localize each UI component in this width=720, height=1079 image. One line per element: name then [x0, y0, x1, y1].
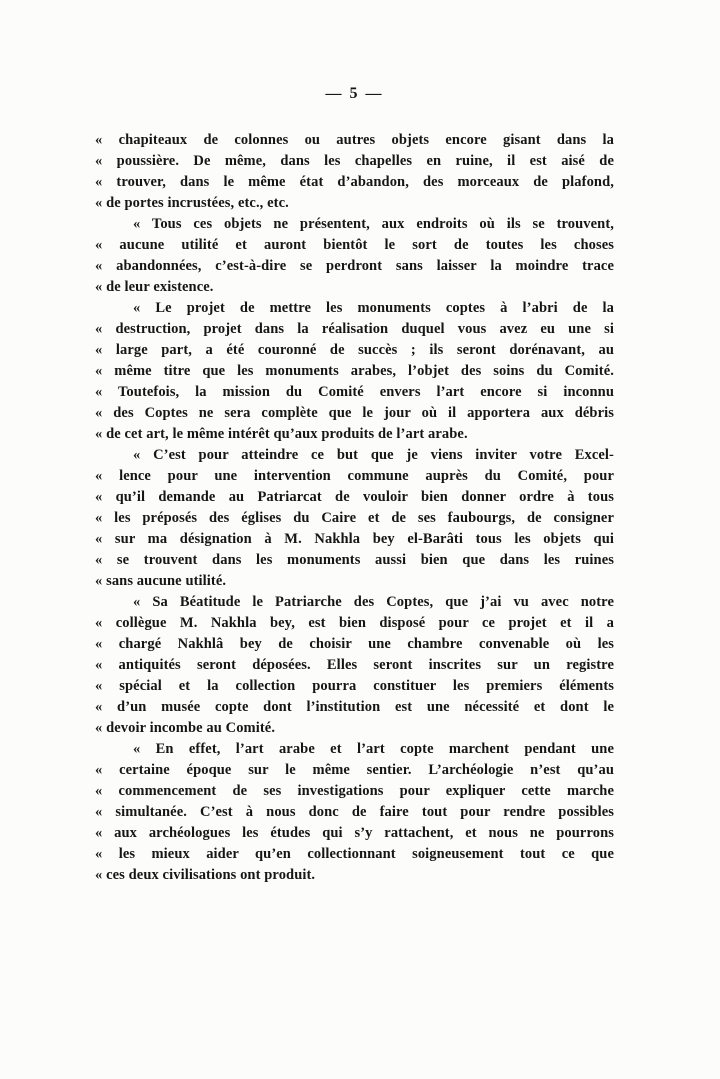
text-line: « C’est pour atteindre ce but que je vie… — [95, 445, 614, 466]
paragraph: « chapiteaux de colonnes ou autres objet… — [95, 130, 614, 214]
text-line: « large part, a été couronné de succès ;… — [95, 340, 614, 361]
text-line: « antiquités seront déposées. Elles sero… — [95, 655, 614, 676]
text-line: « commencement de ses investigations pou… — [95, 781, 614, 802]
text-line: « de cet art, le même intérêt qu’aux pro… — [95, 424, 614, 445]
text-line: « collègue M. Nakhla bey, est bien dispo… — [95, 613, 614, 634]
text-line: « aucune utilité et auront bientôt le so… — [95, 235, 614, 256]
text-line: « simultanée. C’est à nous donc de faire… — [95, 802, 614, 823]
paragraph: « Le projet de mettre les monuments copt… — [95, 298, 614, 445]
text-line: « abandonnées, c’est-à-dire se perdront … — [95, 256, 614, 277]
text-line: « devoir incombe au Comité. — [95, 718, 614, 739]
text-line: « Toutefois, la mission du Comité envers… — [95, 382, 614, 403]
text-line: « chargé Nakhlâ bey de choisir une chamb… — [95, 634, 614, 655]
text-line: « qu’il demande au Patriarcat de vouloir… — [95, 487, 614, 508]
text-line: « de portes incrustées, etc., etc. — [95, 193, 614, 214]
paragraph: « Tous ces objets ne présentent, aux end… — [95, 214, 614, 298]
paragraph: « Sa Béatitude le Patriarche des Coptes,… — [95, 592, 614, 739]
text-line: « certaine époque sur le même sentier. L… — [95, 760, 614, 781]
text-line: « lence pour une intervention commune au… — [95, 466, 614, 487]
text-line: « Sa Béatitude le Patriarche des Coptes,… — [95, 592, 614, 613]
text-line: « aux archéologues les études qui s’y ra… — [95, 823, 614, 844]
text-line: « de leur existence. — [95, 277, 614, 298]
text-line: « sur ma désignation à M. Nakhla bey el-… — [95, 529, 614, 550]
paragraph: « En effet, l’art arabe et l’art copte m… — [95, 739, 614, 886]
paragraph: « C’est pour atteindre ce but que je vie… — [95, 445, 614, 592]
text-line: « les mieux aider qu’en collectionnant s… — [95, 844, 614, 865]
text-line: « trouver, dans le même état d’abandon, … — [95, 172, 614, 193]
text-line: « En effet, l’art arabe et l’art copte m… — [95, 739, 614, 760]
text-line: « sans aucune utilité. — [95, 571, 614, 592]
text-line: « se trouvent dans les monuments aussi b… — [95, 550, 614, 571]
text-line: « chapiteaux de colonnes ou autres objet… — [95, 130, 614, 151]
text-line: « des Coptes ne sera complète que le jou… — [95, 403, 614, 424]
page-body: « chapiteaux de colonnes ou autres objet… — [95, 130, 614, 886]
page-number: — 5 — — [95, 85, 614, 103]
text-line: « Tous ces objets ne présentent, aux end… — [95, 214, 614, 235]
text-line: « spécial et la collection pourra consti… — [95, 676, 614, 697]
document-page: — 5 — « chapiteaux de colonnes ou autres… — [0, 0, 720, 1079]
text-line: « destruction, projet dans la réalisatio… — [95, 319, 614, 340]
text-line: « même titre que les monuments arabes, l… — [95, 361, 614, 382]
text-line: « les préposés des églises du Caire et d… — [95, 508, 614, 529]
text-line: « Le projet de mettre les monuments copt… — [95, 298, 614, 319]
text-line: « ces deux civilisations ont produit. — [95, 865, 614, 886]
text-line: « poussière. De même, dans les chapelles… — [95, 151, 614, 172]
text-line: « d’un musée copte dont l’institution es… — [95, 697, 614, 718]
